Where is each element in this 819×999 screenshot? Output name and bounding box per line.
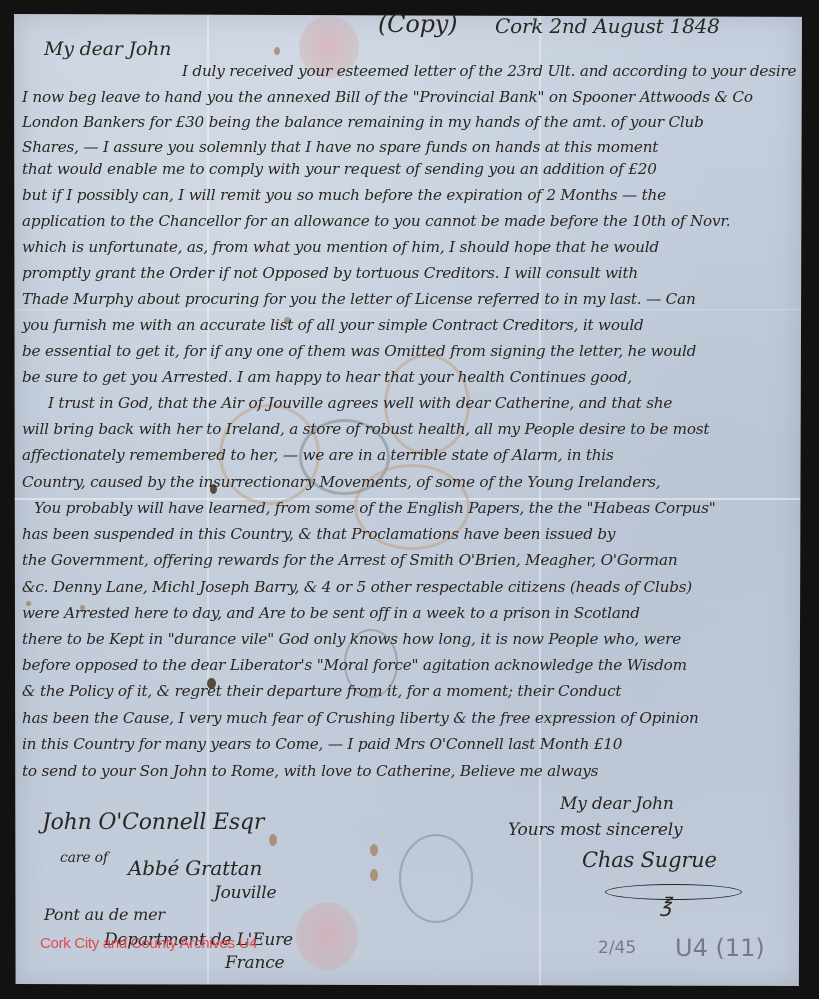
body-line: You probably will have learned, from som…: [34, 499, 715, 517]
body-line: Shares, — I assure you solemnly that I h…: [22, 138, 658, 156]
body-line: has been the Cause, I very much fear of …: [22, 709, 699, 727]
body-line: in this Country for many years to Come, …: [22, 735, 622, 753]
archive-watermark: Cork City and County Archives U4: [40, 935, 257, 952]
body-line: before opposed to the dear Liberator's "…: [22, 656, 687, 674]
ink-stain: [274, 47, 280, 55]
signature-paraph: ℥: [660, 893, 671, 917]
address-recipient: John O'Connell Esqr: [42, 810, 264, 835]
closing-salutation: My dear John: [560, 794, 674, 814]
body-line: has been suspended in this Country, & th…: [22, 525, 615, 543]
body-line: I duly received your esteemed letter of …: [182, 62, 796, 80]
body-line: you furnish me with an accurate list of …: [22, 316, 644, 334]
body-line: the Government, offering rewards for the…: [22, 551, 677, 569]
body-line: application to the Chancellor for an all…: [22, 212, 730, 230]
body-line: I now beg leave to hand you the annexed …: [22, 88, 753, 106]
body-line: there to be Kept in "durance vile" God o…: [22, 630, 681, 648]
body-line: Thade Murphy about procuring for you the…: [22, 290, 696, 308]
body-line: London Bankers for £30 being the balance…: [22, 113, 704, 131]
ink-stain: [370, 844, 378, 856]
address-country: France: [225, 953, 284, 973]
address-line-4: Pont au de mer: [44, 905, 165, 924]
address-care-of-name: Abbé Grattan: [128, 856, 262, 880]
body-line: but if I possibly can, I will remit you …: [22, 186, 666, 204]
body-line: & the Policy of it, & regret their depar…: [22, 682, 621, 700]
salutation: My dear John: [44, 38, 171, 60]
ink-stain: [370, 869, 378, 881]
signature: Chas Sugrue: [582, 848, 717, 872]
address-town: Jouville: [214, 883, 276, 903]
closing-valediction: Yours most sincerely: [508, 820, 682, 840]
postmark-stamp: [399, 834, 473, 923]
body-line: be sure to get you Arrested. I am happy …: [22, 368, 632, 386]
body-line: that would enable me to comply with your…: [22, 160, 657, 178]
fold-line: [14, 309, 802, 310]
address-care-of-label: care of: [60, 850, 108, 866]
signature-flourish: [605, 884, 742, 900]
body-line: Country, caused by the insurrectionary M…: [22, 473, 660, 491]
place-and-date: Cork 2nd August 1848: [495, 14, 720, 38]
body-line: will bring back with her to Ireland, a s…: [22, 420, 709, 438]
scan-frame: (Copy) Cork 2nd August 1848 My dear John…: [0, 0, 819, 999]
body-line: were Arrested here to day, and Are to be…: [22, 604, 640, 622]
body-line: I trust in God, that the Air of Jouville…: [48, 394, 672, 412]
body-line: &c. Denny Lane, Michl Joseph Barry, & 4 …: [22, 578, 692, 596]
body-line: to send to your Son John to Rome, with l…: [22, 762, 598, 780]
body-line: be essential to get it, for if any one o…: [22, 342, 696, 360]
wax-seal-mark: [296, 902, 358, 970]
copy-mark: (Copy): [378, 10, 457, 38]
ink-stain: [269, 834, 277, 846]
body-line: promptly grant the Order if not Opposed …: [22, 264, 638, 282]
archive-item-ref: U4 (11): [675, 934, 765, 962]
body-line: which is unfortunate, as, from what you …: [22, 238, 659, 256]
archive-pencil-ref: 2/45: [598, 938, 636, 958]
body-line: affectionately remembered to her, — we a…: [22, 446, 614, 464]
